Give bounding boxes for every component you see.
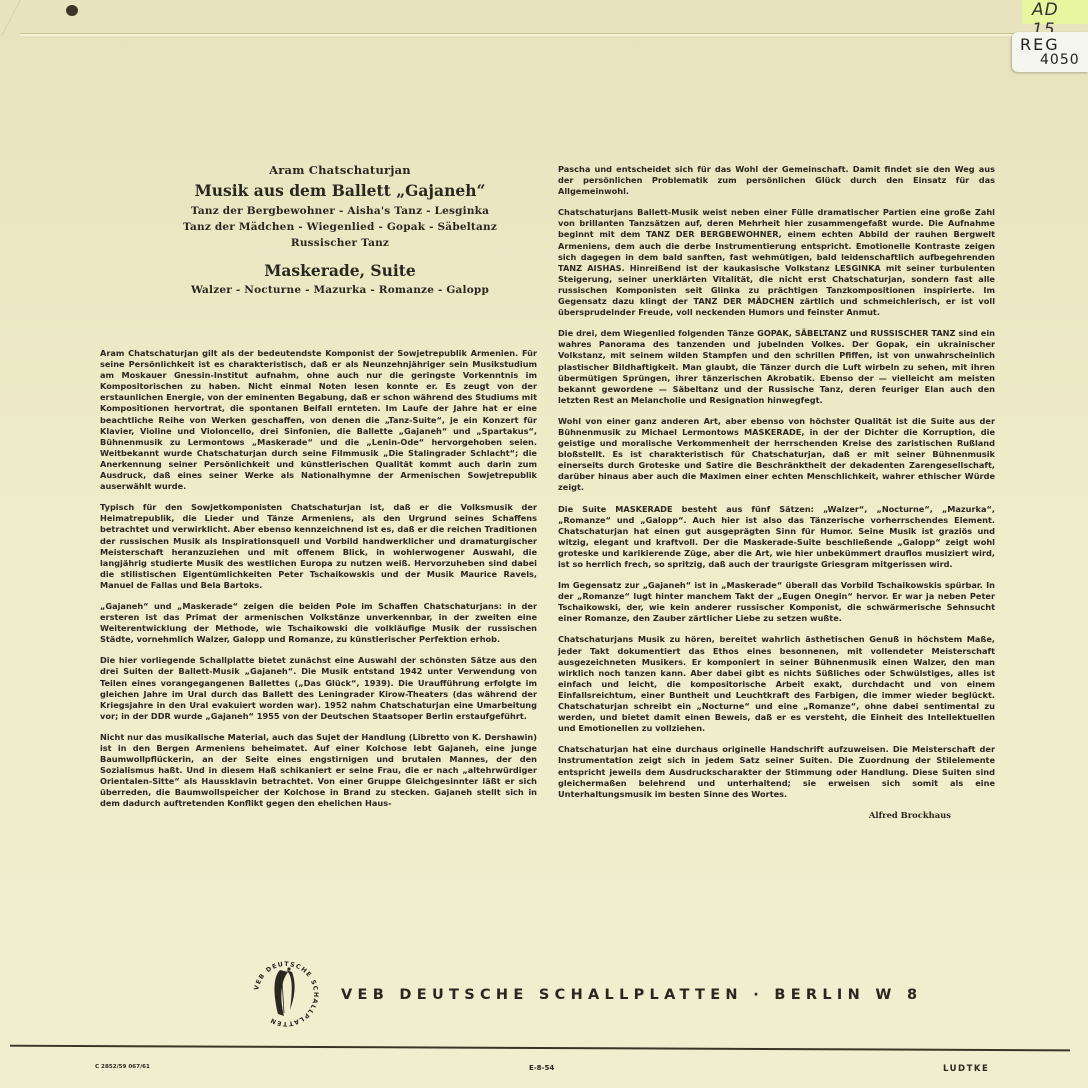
- track-list-gajaneh: Tanz der Bergbewohner - Aisha's Tanz - L…: [140, 203, 540, 251]
- liner-paragraph: „Gajaneh“ und „Maskerade“ zeigen die bei…: [100, 601, 537, 645]
- liner-paragraph: Chatschaturjans Ballett-Musik weist nebe…: [558, 207, 995, 318]
- work-title-gajaneh: Musik aus dem Ballett „Gajaneh“: [140, 181, 540, 200]
- liner-paragraph: Im Gegensatz zur „Gajaneh“ ist in „Maske…: [558, 580, 995, 624]
- liner-paragraph: Pascha und entscheidet sich für das Wohl…: [558, 164, 995, 197]
- album-header: Aram Chatschaturjan Musik aus dem Ballet…: [140, 163, 540, 298]
- liner-paragraph: Wohl von einer ganz anderen Art, aber eb…: [558, 416, 995, 494]
- liner-paragraph: Aram Chatschaturjan gilt als der bedeute…: [100, 348, 537, 492]
- record-sleeve-back: AD 15 REG 4050 Aram Chatschaturjan Musik…: [0, 0, 1088, 1088]
- track-line: Tanz der Mädchen - Wiegenlied - Gopak - …: [140, 219, 540, 235]
- harp-s-logo-icon: VEB DEUTSCHE SCHALLPLATTEN: [250, 958, 322, 1030]
- liner-notes-left-column: Aram Chatschaturjan gilt als der bedeute…: [100, 348, 537, 820]
- liner-paragraph: Chatschaturjans Musik zu hören, bereitet…: [558, 634, 995, 734]
- liner-notes-right-column: Pascha und entscheidet sich für das Wohl…: [558, 164, 995, 821]
- track-line: Walzer - Nocturne - Mazurka - Romanze - …: [140, 282, 540, 298]
- catalog-number: C 2852/59 067/61: [95, 1064, 150, 1070]
- corner-crease: [0, 0, 21, 36]
- composer-name: Aram Chatschaturjan: [140, 163, 540, 177]
- liner-paragraph: Die hier vorliegende Schallplatte bietet…: [100, 655, 537, 722]
- track-list-maskerade: Walzer - Nocturne - Mazurka - Romanze - …: [140, 282, 540, 298]
- punch-hole: [66, 5, 78, 16]
- liner-paragraph: Die Suite MASKERADE besteht aus fünf Sät…: [558, 504, 995, 571]
- bottom-flap-edge: [10, 1045, 1070, 1052]
- liner-paragraph: Nicht nur das musikalische Material, auc…: [100, 732, 537, 810]
- registry-sticker: REG 4050: [1012, 32, 1088, 72]
- printer-name: LUDTKE: [943, 1064, 989, 1074]
- print-code: E-8-54: [529, 1064, 554, 1072]
- liner-paragraph: Chatschaturjan hat eine durchaus origine…: [558, 744, 995, 799]
- svg-text:VEB DEUTSCHE SCHALLPLATTEN: VEB DEUTSCHE SCHALLPLATTEN: [253, 961, 319, 1027]
- registry-sticker-line2: 4050: [1040, 52, 1080, 68]
- record-label-name: VEB DEUTSCHE SCHALLPLATTEN · BERLIN W 8: [341, 987, 961, 1003]
- work-title-maskerade: Maskerade, Suite: [140, 261, 540, 280]
- track-line: Tanz der Bergbewohner - Aisha's Tanz - L…: [140, 203, 540, 219]
- author-signature: Alfred Brockhaus: [558, 810, 995, 821]
- liner-paragraph: Typisch für den Sowjetkomponisten Chatsc…: [100, 502, 537, 591]
- track-line: Russischer Tanz: [140, 235, 540, 251]
- top-flap-edge: [20, 34, 1088, 36]
- liner-paragraph: Die drei, dem Wiegenlied folgenden Tänze…: [558, 328, 995, 406]
